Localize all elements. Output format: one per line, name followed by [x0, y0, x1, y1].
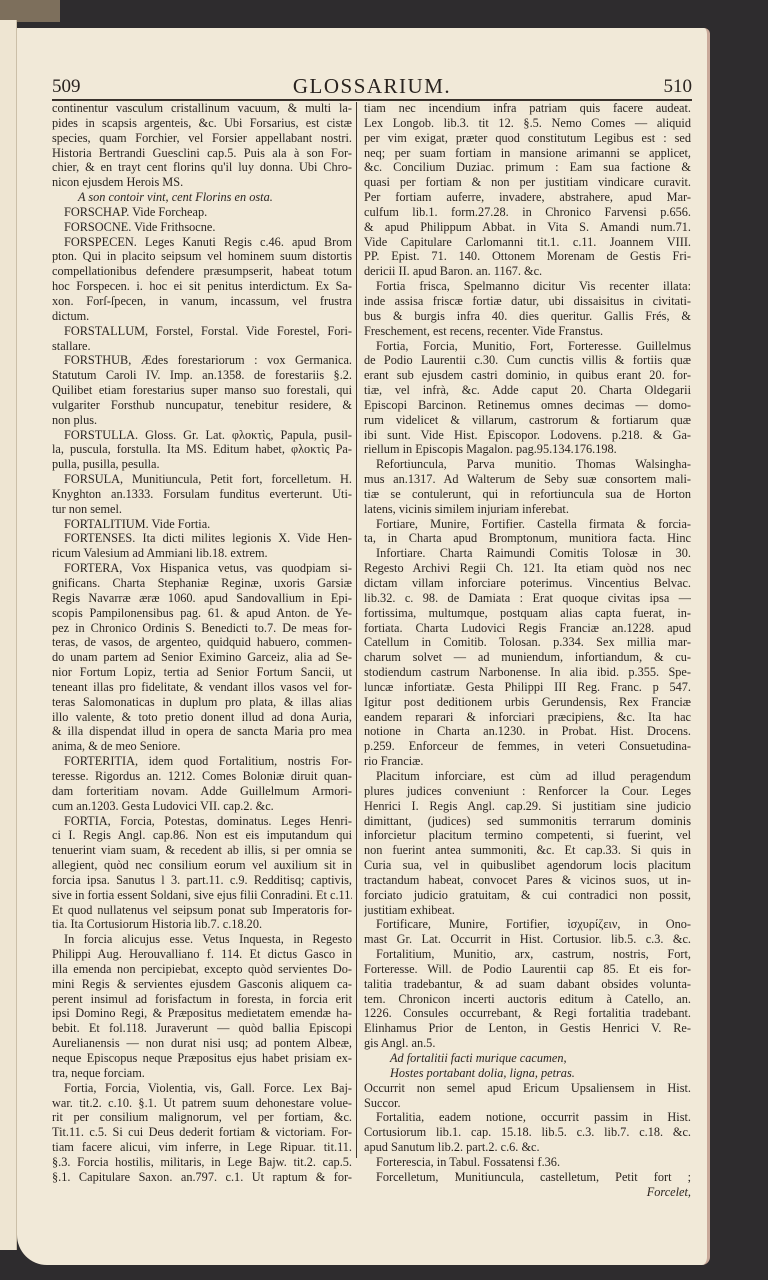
text-line: 1226. Consules occurrebant, & Regi forta… — [364, 1006, 691, 1021]
text-line: non fuerint antea summoniti, &c. Et cap.… — [364, 843, 691, 858]
text-line: latens, vicinis similem injuriam infereb… — [364, 502, 691, 517]
text-line: justitiam exhibeat. — [364, 903, 691, 918]
text-line: tractandum habeat, convocet Pares & vici… — [364, 873, 691, 888]
text-line: Philippi Aug. Herouvalliano f. 114. Et d… — [52, 947, 352, 962]
text-line: riellum in Episcopis Magalon. pag.95.134… — [364, 442, 691, 457]
text-line: species, quam Forchier, vel Forsier appe… — [52, 131, 352, 146]
text-line: Freschement, est recens, recenter. Vide … — [364, 324, 691, 339]
text-line: §.1. Capitulare Saxon. an.797. c.1. Ut r… — [52, 1170, 352, 1185]
text-line: Hostes portabant dolia, ligna, petras. — [364, 1066, 691, 1081]
text-line: neq; per suam fortiam in mansione ariman… — [364, 146, 691, 161]
text-line: FORTALITIUM. Vide Fortia. — [52, 517, 352, 532]
text-line: Refortiuncula, Parva munitio. Thomas Wal… — [364, 457, 691, 472]
text-line: rum videlicet & villarum, castrorum & fo… — [364, 413, 691, 428]
text-line: Catellum in Comitib. Tolosan. p.334. Sex… — [364, 635, 691, 650]
text-line: FORSCHAP. Vide Forcheap. — [52, 205, 352, 220]
text-line: FORTIA, Forcia, Potestas, dominatus. Leg… — [52, 814, 352, 829]
text-line: Lex Longob. lib.3. tit 12. §.5. Nemo Com… — [364, 116, 691, 131]
text-line: allegient, quòd nec consilium eorum vel … — [52, 858, 352, 873]
text-line: Forcelletum, Munitiuncula, castelletum, … — [364, 1170, 691, 1185]
text-line: & illa dispendat illud in opera de sanct… — [52, 724, 352, 739]
text-line: Fortiare, Munire, Fortifier. Castella fi… — [364, 517, 691, 532]
text-line: cum an.1203. Gesta Ludovici VII. cap.2. … — [52, 799, 352, 814]
text-line: per vim exigat, præter quod constitutum … — [364, 131, 691, 146]
text-line: fortiata. Charta Ludovici Regis Franciæ … — [364, 621, 691, 636]
text-line: Fortalitium, Munitio, arx, castrum, nost… — [364, 947, 691, 962]
text-line: Et quod nullatenus vel seipsum ponat sub… — [52, 903, 352, 918]
text-line: FORTERA, Vox Hispanica vetus, vas quodpi… — [52, 561, 352, 576]
text-line: Curia sua, vel in quibuslibet agendorum … — [364, 858, 691, 873]
text-line: ta, in Charta apud Bromptonum, munitiora… — [364, 531, 691, 546]
text-line: FORSTULLA. Gloss. Gr. Lat. φλοκτὶς, Papu… — [52, 428, 352, 443]
text-line: lib.32. c. 98. de Damiata : Erat quoque … — [364, 591, 691, 606]
text-line: pulla, pusilla, pesulla. — [52, 457, 352, 472]
text-line: stodiendum castrum Narbonense. In alia i… — [364, 665, 691, 680]
text-line: Aurelianensis — non durat nisi usq; ad p… — [52, 1036, 352, 1051]
text-line: Fortalitia, eadem notione, occurrit pass… — [364, 1110, 691, 1125]
text-line: notione in Charta an.1230. in Probat. Hi… — [364, 724, 691, 739]
column-divider — [356, 102, 357, 1158]
text-line: rit per consilium malignorum, vel per fo… — [52, 1110, 352, 1125]
text-line: FORTERITIA, idem quod Fortalitium, nostr… — [52, 754, 352, 769]
text-line: tra, neque forciam. — [52, 1066, 352, 1081]
text-line: Per fortiam auferre, invadere, abstraher… — [364, 190, 691, 205]
text-line: PP. Epist. 71. 140. Ottonem Morenam de G… — [364, 249, 691, 264]
page-header: 509 GLOSSARIUM. 510 — [52, 74, 692, 98]
text-line: teras Salomonaticas in duplum pro plata,… — [52, 695, 352, 710]
right-column: tiam nec incendium infra patriam quis fa… — [364, 101, 691, 1199]
text-line: tiæ se contulerunt, qui in refortiuncula… — [364, 487, 691, 502]
text-line: Forcelet, — [364, 1185, 691, 1200]
text-line: Ad fortalitii facti murique cacumen, — [364, 1051, 691, 1066]
text-line: talitia tradebantur, & ad suam dabant ob… — [364, 977, 691, 992]
text-line: Occurrit non semel apud Ericum Upsaliens… — [364, 1081, 691, 1096]
text-line: Vide Capitulare Carlomanni tit.1. c.11. … — [364, 235, 691, 250]
text-line: FORSTALLUM, Forstel, Forstal. Vide Fores… — [52, 324, 352, 339]
text-line: erant sub ejusdem castri dominio, in qui… — [364, 368, 691, 383]
text-line: compellationibus defendere præsumpserit,… — [52, 264, 352, 279]
text-line: Fortificare, Munire, Fortifier, ἰσχυρίζε… — [364, 917, 691, 932]
text-line: nior Fortum Lopiz, tertia ad Senior Fort… — [52, 665, 352, 680]
text-line: tem. Chronicon incerti auctoris editum à… — [364, 992, 691, 1007]
text-line: Historia Bertrandi Guesclini cap.5. Puis… — [52, 146, 352, 161]
text-line: tur non semel. — [52, 502, 352, 517]
text-line: rio Franciæ. — [364, 754, 691, 769]
text-line: mus an.1317. Ad Walterum de Seby suæ con… — [364, 472, 691, 487]
text-line: pton. Qui in placito seipsum vel hominem… — [52, 249, 352, 264]
text-line: tia. Ita Cortusiorum Historia lib.7. c.1… — [52, 917, 352, 932]
text-line: & apud Philippum Abbat. in Vita S. Amand… — [364, 220, 691, 235]
text-line: quasi per fortiam & non per justitiam vi… — [364, 175, 691, 190]
text-line: dam forteritiam novam. Adde Guillelmum A… — [52, 784, 352, 799]
text-line: teras, de vasos, de argenteo, quidquid h… — [52, 635, 352, 650]
text-line: In forcia alicujus esse. Vetus Inquesta,… — [52, 932, 352, 947]
text-line: continentur vasculum cristallinum vacuum… — [52, 101, 352, 116]
text-line: FORSULA, Munitiuncula, Petit fort, force… — [52, 472, 352, 487]
text-line: FORSOCNE. Vide Frithsocne. — [52, 220, 352, 235]
text-line: gnificans. Charta Stephaniæ Reginæ, uxor… — [52, 576, 352, 591]
text-line: non plus. — [52, 413, 352, 428]
text-line: ibi sunt. Vide Hist. Episcopor. Lodovens… — [364, 428, 691, 443]
text-line: sive in fortia essent Soldani, sive ejus… — [52, 888, 352, 903]
text-line: de Podio Laurentii c.30. Cum cunctis vil… — [364, 353, 691, 368]
text-line: Knyghton an.1333. Forsulam funditus ever… — [52, 487, 352, 502]
text-line: pides in scapsis argenteis, &c. Ubi Fors… — [52, 116, 352, 131]
text-line: illo valente, & toto pretio donent illud… — [52, 710, 352, 725]
text-line: chier, & en trayt cent florins qu'il luy… — [52, 160, 352, 175]
text-line: inforcietur placitum termino competenti,… — [364, 828, 691, 843]
text-line: tiam nec incendium infra patriam quis fa… — [364, 101, 691, 116]
text-line: vulgariter Forsthub nuncupatur, tenebitu… — [52, 398, 352, 413]
text-line: mini Regis & servientes ejusdem Gasconis… — [52, 977, 352, 992]
text-line: mast Gr. Lat. Occurrit in Hist. Cortusio… — [364, 932, 691, 947]
text-line: Regesto Archivi Regii Ch. 121. Ita etiam… — [364, 561, 691, 576]
facing-page-edge — [0, 20, 17, 1250]
text-line: perent insimul ad forisfactum in foresta… — [52, 992, 352, 1007]
left-column: continentur vasculum cristallinum vacuum… — [52, 101, 352, 1185]
text-line: tiæ, vel infrà, &c. Adde caput 20. Chart… — [364, 383, 691, 398]
text-line: inde assisa friscæ fortiæ datur, ubi dis… — [364, 294, 691, 309]
text-line: scopis Pampilonensibus pag. 61. & apud A… — [52, 606, 352, 621]
text-line: charum solvet — ad muniendum, infortiand… — [364, 650, 691, 665]
text-line: apud Sanutum lib.2. part.2. c.6. &c. — [364, 1140, 691, 1155]
text-line: plures judices conveniunt : Renforcer la… — [364, 784, 691, 799]
text-line: FORSTHUB, Ædes forestariorum : vox Germa… — [52, 353, 352, 368]
text-line: dericii II. apud Baron. an. 1167. &c. — [364, 264, 691, 279]
text-line: Episcopi Barcinon. Retinemus omnes decim… — [364, 398, 691, 413]
text-line: Regis Navarræ æræ 1060. apud Sandovalliu… — [52, 591, 352, 606]
text-line: eandem reparari & inforciari præcipiens,… — [364, 710, 691, 725]
text-line: neque Episcopus neque Præpositus ejus ha… — [52, 1051, 352, 1066]
text-line: anima, & de meo Seniore. — [52, 739, 352, 754]
text-line: illa emenda non percipiebat, excepto quò… — [52, 962, 352, 977]
text-line: &c. Concilium Duziac. primum : Eam sua f… — [364, 160, 691, 175]
text-line: Forteresse. Will. de Podio Laurentii cap… — [364, 962, 691, 977]
text-line: A son contoir vint, cent Florins en osta… — [52, 190, 352, 205]
text-line: la, puscula, forstulla. Ita MS. Editum h… — [52, 442, 352, 457]
text-line: bebit. Et fol.118. Juraverunt — quòd bal… — [52, 1021, 352, 1036]
text-line: Elinhamus Prior de Lenton, in Gestis Hen… — [364, 1021, 691, 1036]
text-line: Fortia frisca, Spelmanno dicitur Vis rec… — [364, 279, 691, 294]
text-line: tiam facere alicui, vim inferre, in Lege… — [52, 1140, 352, 1155]
text-line: Statutum Caroli IV. Imp. an.1358. de for… — [52, 368, 352, 383]
text-line: Succor. — [364, 1096, 691, 1111]
text-line: dictum. — [52, 309, 352, 324]
text-line: FORTENSES. Ita dicti milites legionis X.… — [52, 531, 352, 546]
text-line: forcia ipsa. Sanutus l 3. part.11. c.9. … — [52, 873, 352, 888]
text-line: nicon ejusdem Herois MS. — [52, 175, 352, 190]
text-line: dictam villam inforciare poterimus. Vinc… — [364, 576, 691, 591]
text-line: dimittant, (judices) sed summonitis terr… — [364, 814, 691, 829]
text-line: Fortia, Forcia, Violentia, vis, Gall. Fo… — [52, 1081, 352, 1096]
text-line: xon. Forſ-ſpecen, in vanum, incassum, ve… — [52, 294, 352, 309]
text-line: luncæ infortiatæ. Gesta Philippi III Reg… — [364, 680, 691, 695]
text-line: Igitur post deditionem urbis Gerundensis… — [364, 695, 691, 710]
running-title: GLOSSARIUM. — [52, 74, 692, 99]
text-line: Fortia, Forcia, Munitio, Fort, Forteress… — [364, 339, 691, 354]
text-line: forciato judicio gratuitam, & cui contra… — [364, 888, 691, 903]
book-binding-edge — [0, 0, 60, 22]
text-line: war. tit.2. c.10. §.1. Ut patrem suum de… — [52, 1096, 352, 1111]
text-line: teneant illas pro fidelitate, & vendant … — [52, 680, 352, 695]
text-line: stallare. — [52, 339, 352, 354]
text-line: do unam partem ad Senior Eximino Garceiz… — [52, 650, 352, 665]
text-line: tenuerint viam suam, & recedent ab illis… — [52, 843, 352, 858]
text-line: gis Angl. an.5. — [364, 1036, 691, 1051]
text-line: FORSPECEN. Leges Kanuti Regis c.46. apud… — [52, 235, 352, 250]
text-line: hoc Forspecen. i. hoc ei sit penitus int… — [52, 279, 352, 294]
text-line: fortissima, multumque, postquam alias ca… — [364, 606, 691, 621]
text-line: Quilibet etiam forestarius super manso s… — [52, 383, 352, 398]
text-line: Infortiare. Charta Raimundi Comitis Tolo… — [364, 546, 691, 561]
text-line: teresse. Rigordus an. 1212. Comes Boloni… — [52, 769, 352, 784]
text-line: §.3. Forcia hostilis, militaris, in Lege… — [52, 1155, 352, 1170]
text-line: Cortusiorum lib.1. cap. 15.18. lib.5. c.… — [364, 1125, 691, 1140]
text-line: Henrici I. Regis Angl. cap.29. Si justit… — [364, 799, 691, 814]
text-line: ricum Valesium ad Ammiani lib.18. extrem… — [52, 546, 352, 561]
page-number-right: 510 — [664, 76, 693, 98]
text-line: p.259. Enforceur de femmes, in veteri Co… — [364, 739, 691, 754]
text-line: Placitum inforciare, est cùm ad illud pe… — [364, 769, 691, 784]
text-line: Tit.11. c.5. Si cui Deus dederit fortiam… — [52, 1125, 352, 1140]
text-line: ipsi Domino Regi, & Præpositus medietate… — [52, 1006, 352, 1021]
text-line: culfum lib.1. form.27.28. in Chronico Fa… — [364, 205, 691, 220]
text-line: Forterescia, in Tabul. Fossatensi f.36. — [364, 1155, 691, 1170]
text-line: ci I. Regis Angl. cap.86. Non est eis im… — [52, 828, 352, 843]
text-line: bus & burgis infra 40. dies queritur. Ga… — [364, 309, 691, 324]
text-line: pez in Chronico Ordinis S. Benedicti to.… — [52, 621, 352, 636]
